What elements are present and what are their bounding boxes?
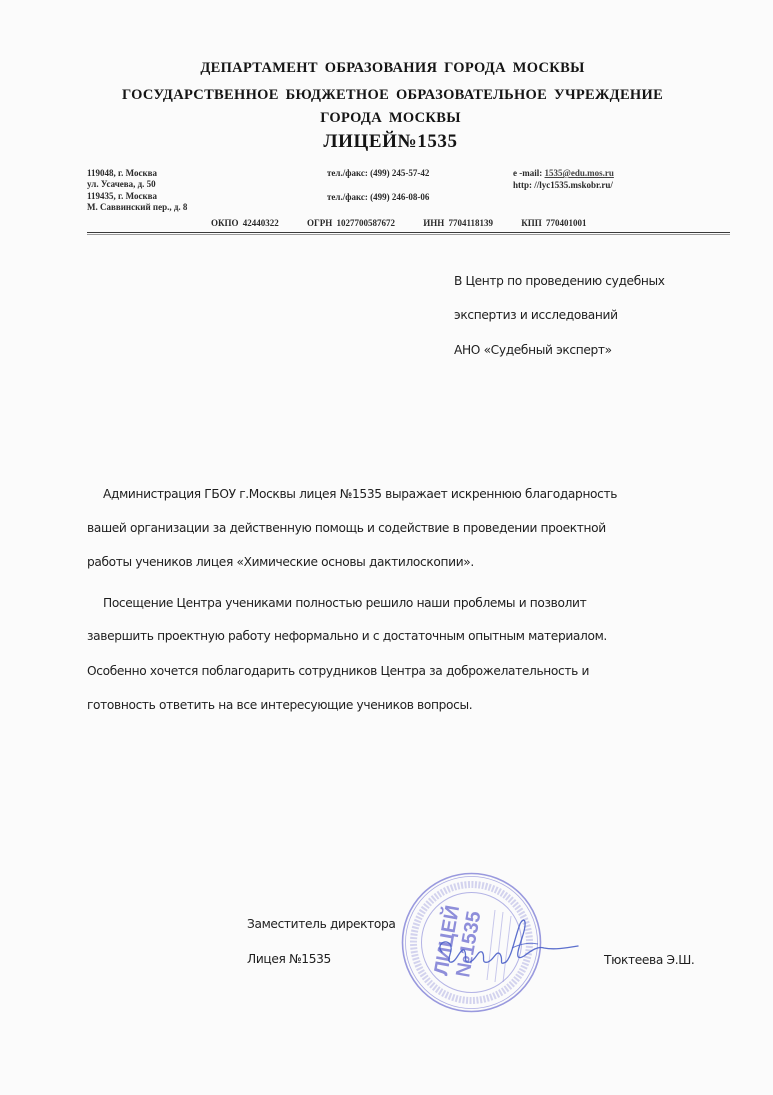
signatory-title: Заместитель директора bbox=[247, 917, 396, 931]
registration-codes: ОКПО 42440322 ОГРН 1027700587672 ИНН 770… bbox=[211, 218, 611, 228]
recipient-line-3: АНО «Судебный эксперт» bbox=[454, 343, 612, 357]
phone-fax-1: тел./факс: (499) 245-57-42 bbox=[327, 168, 429, 178]
signature-icon bbox=[420, 910, 580, 980]
body-line-2: вашей организации за действенную помощь … bbox=[87, 521, 606, 535]
email-line: e -mail: 1535@edu.mos.ru bbox=[513, 168, 614, 178]
body-line-4: Посещение Центра учениками полностью реш… bbox=[103, 596, 586, 610]
address-line-4: М. Саввинский пер., д. 8 bbox=[87, 202, 187, 212]
okpo-code: ОКПО 42440322 bbox=[211, 218, 279, 228]
inn-code: ИНН 7704118139 bbox=[423, 218, 493, 228]
body-line-7: готовность ответить на все интересующие … bbox=[87, 698, 472, 712]
kpp-code: КПП 770401001 bbox=[521, 218, 586, 228]
email-link[interactable]: 1535@edu.mos.ru bbox=[545, 168, 614, 178]
body-line-1: Администрация ГБОУ г.Москвы лицея №1535 … bbox=[103, 487, 617, 501]
letter-page: ДЕПАРТАМЕНТ ОБРАЗОВАНИЯ ГОРОДА МОСКВЫ ГО… bbox=[0, 0, 773, 1095]
letterhead-divider bbox=[87, 232, 730, 233]
phone-fax-2: тел./факс: (499) 246-08-06 bbox=[327, 192, 429, 202]
letterhead-divider-shadow bbox=[87, 234, 730, 235]
lyceum-name: ЛИЦЕЙ№1535 bbox=[4, 131, 773, 153]
body-line-6: Особенно хочется поблагодарить сотрудник… bbox=[87, 664, 589, 678]
body-line-5: завершить проектную работу неформально и… bbox=[87, 629, 607, 643]
address-line-2: ул. Усачева, д. 50 bbox=[87, 179, 156, 189]
recipient-line-2: экспертиз и исследований bbox=[454, 308, 618, 322]
city-heading: ГОРОДА МОСКВЫ bbox=[4, 110, 773, 127]
website-link[interactable]: http: //lyc1535.mskobr.ru/ bbox=[513, 180, 613, 190]
signatory-name: Тюктеева Э.Ш. bbox=[604, 953, 694, 967]
institution-heading: ГОСУДАРСТВЕННОЕ БЮДЖЕТНОЕ ОБРАЗОВАТЕЛЬНО… bbox=[6, 87, 773, 104]
recipient-line-1: В Центр по проведению судебных bbox=[454, 274, 665, 288]
address-line-1: 119048, г. Москва bbox=[87, 168, 157, 178]
body-line-3: работы учеников лицея «Химические основы… bbox=[87, 555, 474, 569]
department-heading: ДЕПАРТАМЕНТ ОБРАЗОВАНИЯ ГОРОДА МОСКВЫ bbox=[6, 60, 773, 77]
email-label: e -mail: bbox=[513, 168, 542, 178]
address-line-3: 119435, г. Москва bbox=[87, 191, 157, 201]
ogrn-code: ОГРН 1027700587672 bbox=[307, 218, 395, 228]
signatory-org: Лицея №1535 bbox=[247, 952, 331, 966]
